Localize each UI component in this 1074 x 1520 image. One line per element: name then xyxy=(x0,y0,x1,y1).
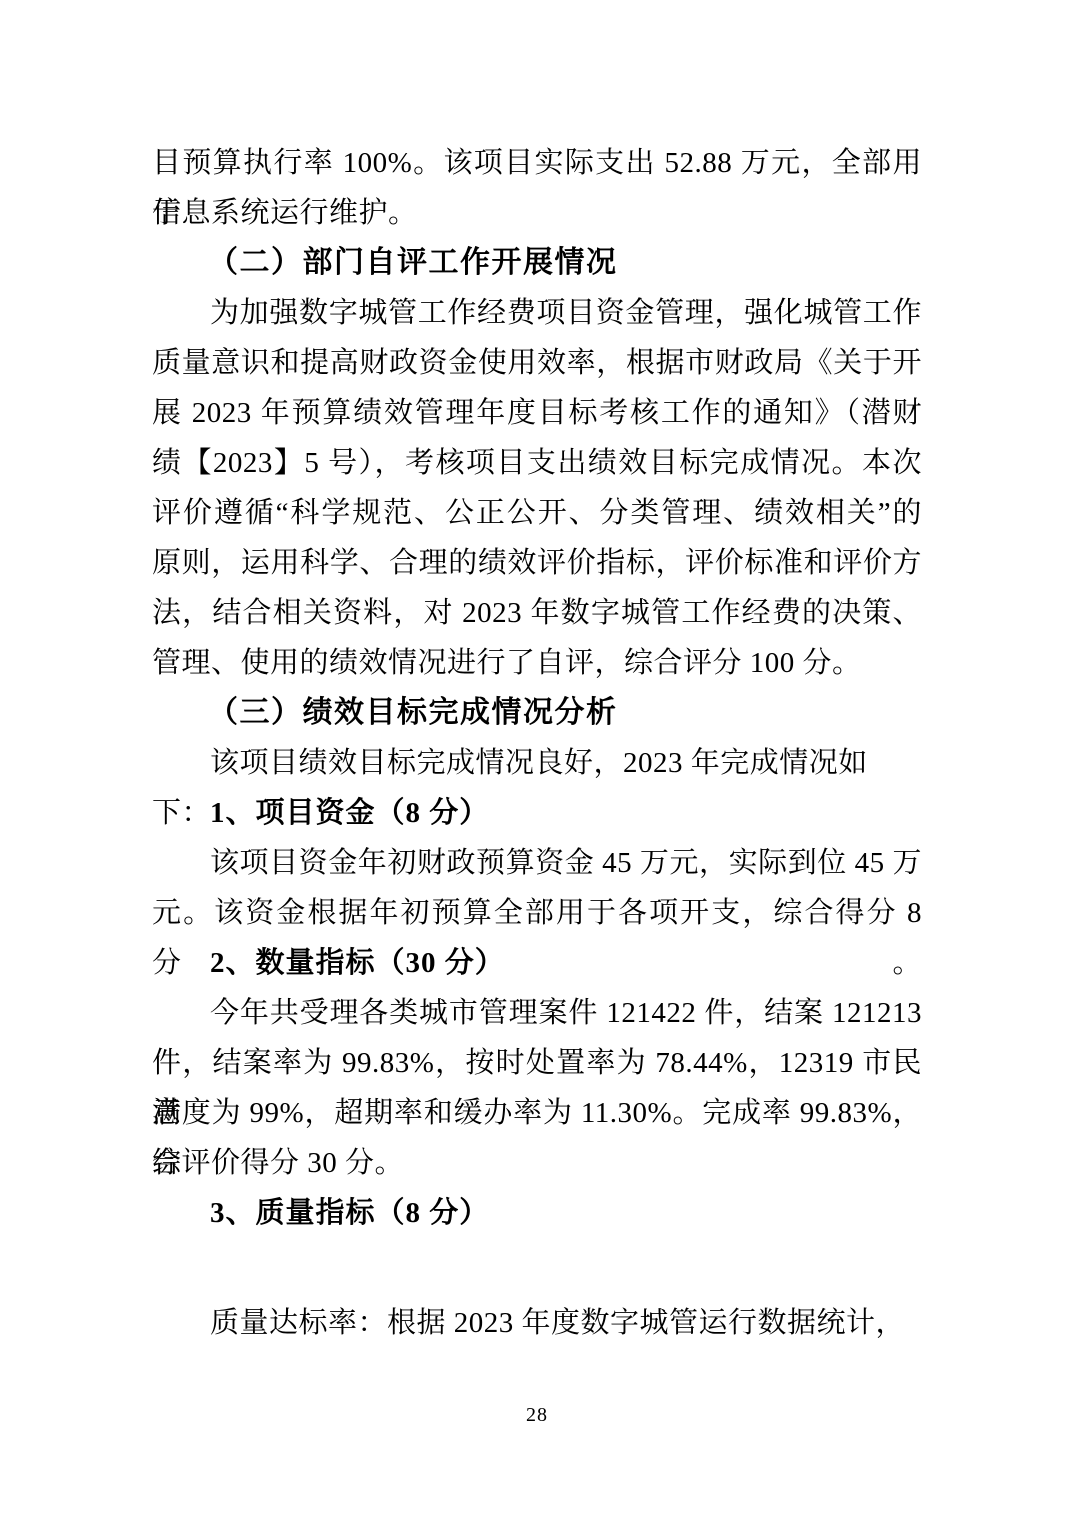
page-number: 28 xyxy=(0,1403,1074,1427)
body-line-11: 该项目绩效目标完成情况良好，2023 年完成情况如下： xyxy=(152,738,922,788)
body-line-10: 管理、使用的绩效情况进行了自评，综合评分 100 分。 xyxy=(152,638,922,688)
body-line-08: 原则，运用科学、合理的绩效评价指标，评价标准和评价方 xyxy=(152,538,922,588)
body-line-13: 元。该资金根据年初预算全部用于各项开支，综合得分 8 分。 xyxy=(152,888,922,938)
body-line-17: 合评价得分 30 分。 xyxy=(152,1138,922,1188)
body-line-07: 评价遵循“科学规范、公正公开、分类管理、绩效相关”的 xyxy=(152,488,922,538)
body-line-06: 绩【2023】5 号），考核项目支出绩效目标完成情况。本次 xyxy=(152,438,922,488)
body-line-02: 信息系统运行维护。 xyxy=(152,188,922,238)
body-line-01: 目预算执行率 100%。该项目实际支出 52.88 万元，全部用于 xyxy=(152,138,922,188)
subheading-3-quality-indicator: 3、质量指标（8 分） xyxy=(152,1188,922,1238)
body-line-03: 为加强数字城管工作经费项目资金管理，强化城管工作 xyxy=(152,288,922,338)
body-line-09: 法，结合相关资料，对 2023 年数字城管工作经费的决策、 xyxy=(152,588,922,638)
body-line-18: 质量达标率：根据 2023 年度数字城管运行数据统计， xyxy=(152,1298,922,1348)
section-heading-iii: （三）绩效目标完成情况分析 xyxy=(152,688,922,738)
document-page: 目预算执行率 100%。该项目实际支出 52.88 万元，全部用于 信息系统运行… xyxy=(0,0,1074,1520)
body-line-14: 今年共受理各类城市管理案件 121422 件，结案 121213 xyxy=(152,988,922,1038)
body-line-04: 质量意识和提高财政资金使用效率，根据市财政局《关于开 xyxy=(152,338,922,388)
body-line-15: 件，结案率为 99.83%，按时处置率为 78.44%，12319 市民满 xyxy=(152,1038,922,1088)
body-line-05: 展 2023 年预算绩效管理年度目标考核工作的通知》（潜财 xyxy=(152,388,922,438)
section-heading-ii: （二）部门自评工作开展情况 xyxy=(152,238,922,288)
body-line-16: 意度为 99%，超期率和缓办率为 11.30%。完成率 99.83%，综 xyxy=(152,1088,922,1138)
body-line-12: 该项目资金年初财政预算资金 45 万元，实际到位 45 万 xyxy=(152,838,922,888)
subheading-1-project-funds: 1、项目资金（8 分） xyxy=(152,788,922,838)
